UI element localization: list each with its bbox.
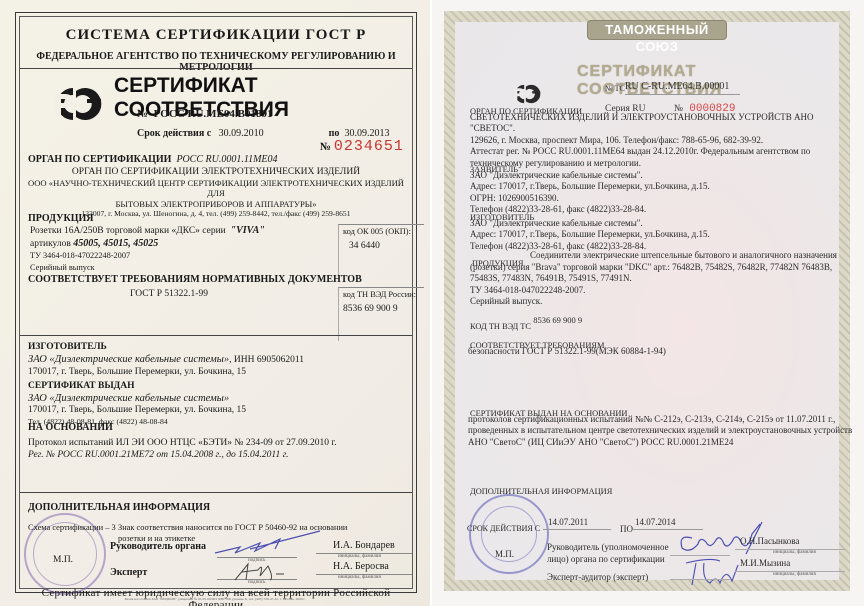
additional-info-heading: ДОПОЛНИТЕЛЬНАЯ ИНФОРМАЦИЯ	[28, 502, 210, 513]
signature-line	[670, 579, 730, 580]
validity-to-label: ПО	[620, 524, 633, 536]
manufacturer-details: ЗАО «Диэлектрические кабельные системы»,…	[28, 354, 304, 378]
divider	[20, 335, 412, 336]
organ-heading: ОРГАН ПО СЕРТИФИКАЦИИ РОСС RU.0001.11МЕ0…	[28, 154, 278, 165]
signature-head	[210, 529, 330, 559]
tnved-code-box: код ТН ВЭД России: 8536 69 900 9	[338, 287, 424, 341]
tnved-section: КОД ТН ВЭД ТС 8536 69 900 9	[470, 315, 582, 333]
tc-number-underline	[625, 94, 740, 95]
serial-number-value: 0234651	[334, 138, 404, 155]
signature-expert	[230, 558, 290, 584]
guilloche-border: СЕРТИФИКАТ СООТВЕТСТВИЯ № ТСRU C-RU.МЕ64…	[444, 11, 850, 591]
additional-info-section: ДОПОЛНИТЕЛЬНАЯ ИНФОРМАЦИЯ	[470, 486, 612, 498]
system-title: СИСТЕМА СЕРТИФИКАЦИИ ГОСТ Р	[20, 27, 412, 44]
certificate-paper: СЕРТИФИКАТ СООТВЕТСТВИЯ № ТСRU C-RU.МЕ64…	[455, 22, 839, 580]
expert-name: Н.А. Беросва	[333, 561, 389, 572]
certificate-inner-frame: СИСТЕМА СЕРТИФИКАЦИИ ГОСТ Р ФЕДЕРАЛЬНОЕ …	[19, 16, 413, 589]
customs-union-banner: ТАМОЖЕННЫЙ СОЮЗ	[587, 20, 727, 40]
head-role: Руководитель органа	[110, 541, 206, 552]
expert-name: М.И.Мызина	[740, 558, 790, 570]
stamp-place-label: М.П.	[53, 555, 73, 565]
issued-to-heading: СЕРТИФИКАТ ВЫДАН	[28, 381, 134, 391]
manufacturer-heading: ИЗГОТОВИТЕЛЬ	[28, 342, 107, 352]
valid-from-underline	[543, 529, 611, 530]
validity-label: СРОК ДЕЙСТВИЯ С	[467, 523, 540, 535]
tnved-code-value: 8536 69 900 9	[533, 315, 582, 325]
organ-section: ОРГАН ПО СЕРТИФИКАЦИИ СВЕТОТЕХНИЧЕСКИХ И…	[470, 106, 839, 169]
basis-heading: НА ОСНОВАНИИ	[28, 422, 113, 433]
product-details: Розетки 16А/250В торговой марки «ДКС» се…	[30, 225, 265, 273]
manufacturer-section: ИЗГОТОВИТЕЛЬ ЗАО "Диэлектрические кабель…	[470, 212, 710, 252]
rst-mark-icon	[507, 82, 547, 106]
conformity-section: СООТВЕТСТВУЕТ ТРЕБОВАНИЯМ безопасности Г…	[468, 340, 666, 357]
product-heading: ПРОДУКЦИЯ	[28, 213, 93, 224]
certificate-gost-r: СИСТЕМА СЕРТИФИКАЦИИ ГОСТ Р ФЕДЕРАЛЬНОЕ …	[0, 0, 430, 606]
head-name: И.А. Бондарев	[333, 540, 395, 551]
certification-scheme: Схема сертификации – 3	[28, 523, 116, 532]
okp-code-box: код ОК 005 (ОКП): 34 6440	[338, 224, 424, 276]
valid-from: 30.09.2010	[219, 128, 264, 139]
valid-from: 14.07.2011	[548, 517, 588, 529]
agency-name: ФЕДЕРАЛЬНОЕ АГЕНТСТВО ПО ТЕХНИЧЕСКОМУ РЕ…	[20, 51, 412, 73]
tc-number-value: RU C-RU.МЕ64.В.00001	[625, 81, 729, 92]
tnved-code-value: 8536 69 900 9	[343, 304, 420, 314]
certificate-number: № РОСС RU.МЕ04.В01891	[137, 108, 273, 120]
applicant-section: ЗАЯВИТЕЛЬ ЗАО "Диэлектрические кабельные…	[470, 164, 710, 216]
signature-line	[670, 555, 730, 556]
print-info: Бланк изготовлен ЗАО "ОПЦИОН" (лицензия …	[0, 597, 430, 601]
organ-code: РОСС RU.0001.11МЕ04	[176, 154, 277, 165]
certificate-number-value: РОСС RU.МЕ04.В01891	[154, 108, 273, 120]
rst-mark-icon	[43, 85, 113, 123]
certificate-frame: СИСТЕМА СЕРТИФИКАЦИИ ГОСТ Р ФЕДЕРАЛЬНОЕ …	[15, 12, 417, 593]
divider	[20, 68, 412, 69]
okp-code-value: 34 6440	[343, 241, 420, 251]
organ-details: ОРГАН ПО СЕРТИФИКАЦИИ ЭЛЕКТРОТЕХНИЧЕСКИХ…	[28, 167, 404, 220]
additional-info-heading: ДОПОЛНИТЕЛЬНАЯ ИНФОРМАЦИЯ	[470, 487, 612, 496]
expert-role: Эксперт-аудитор (эксперт)	[547, 572, 648, 584]
conformity-standard: безопасности ГОСТ Р 51322.1-99(МЭК 60884…	[468, 346, 666, 358]
product-heading: ПРОДУКЦИЯ	[472, 258, 523, 270]
expert-role: Эксперт	[110, 567, 147, 578]
divider	[20, 492, 412, 493]
stamp-place-label: М.П.	[495, 549, 514, 561]
serial-number: № 0234651	[320, 138, 404, 155]
standards-heading: СООТВЕТСТВУЕТ ТРЕБОВАНИЯМ НОРМАТИВНЫХ ДО…	[28, 274, 362, 285]
tnved-heading: КОД ТН ВЭД ТС	[470, 322, 531, 331]
head-name: О.Н.Пасынкова	[740, 536, 799, 548]
basis-details: Протокол испытаний ИЛ ЭИ ООО НТЦС «БЭТИ»…	[28, 437, 337, 461]
standards-value: ГОСТ Р 51322.1-99	[130, 289, 208, 299]
tc-number: № ТСRU C-RU.МЕ64.В.00001	[605, 81, 729, 93]
product-section: Соединители электрические штепсельные бы…	[470, 250, 850, 308]
basis-section: СЕРТИФИКАТ ВЫДАН НА ОСНОВАНИИ протоколов…	[468, 408, 863, 448]
head-role: Руководитель (уполномоченное лицо) орган…	[547, 541, 669, 565]
certificate-customs-union: СЕРТИФИКАТ СООТВЕТСТВИЯ № ТСRU C-RU.МЕ64…	[432, 0, 864, 606]
